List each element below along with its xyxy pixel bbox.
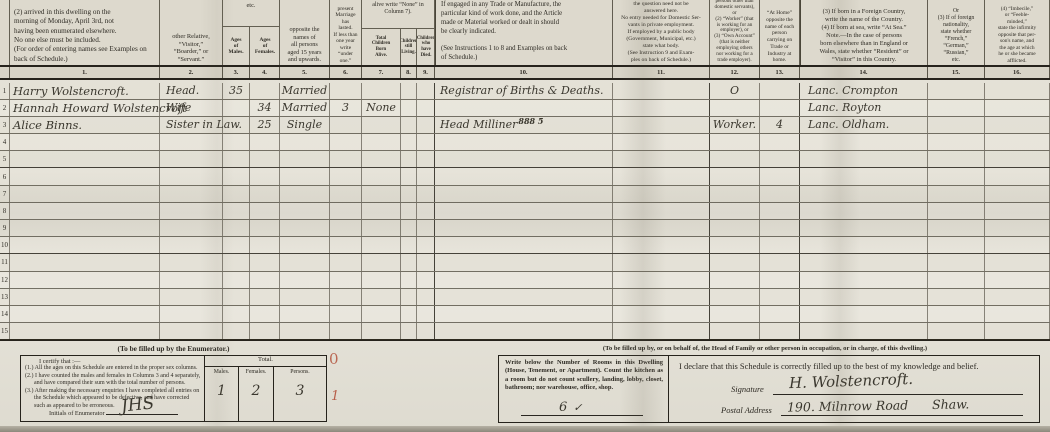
rooms-value-handwriting: 6✓	[559, 400, 583, 415]
cell-infirmity	[985, 100, 1050, 116]
cell-birthplace	[800, 220, 928, 236]
cell-marriage-condition	[280, 134, 330, 150]
cell-children-born	[362, 203, 401, 219]
row-number: 4	[0, 134, 10, 150]
cell-years-married	[330, 306, 362, 322]
cell-relationship: Head.	[160, 83, 223, 99]
cell-age-males	[223, 117, 250, 133]
cell-infirmity	[985, 289, 1050, 305]
census-schedule-document: (2) arrived in this dwelling on the morn…	[0, 0, 1050, 432]
header-col14-birthplace: (3) If born in a Foreign Country, write …	[800, 0, 928, 65]
cell-infirmity	[985, 323, 1050, 339]
cell-children-born	[362, 323, 401, 339]
cell-at-home	[760, 83, 800, 99]
certify-item-2: (2.) I have counted the males and female…	[25, 373, 201, 388]
cell-industry-service	[613, 117, 710, 133]
cell-years-married	[330, 83, 362, 99]
header-children-note: alive write “None” in Column 7).	[362, 0, 434, 29]
cell-employment-status	[710, 237, 760, 253]
cell-children-born	[362, 186, 401, 202]
cell-name-surname	[10, 272, 160, 288]
enumerator-initials-handwriting: JHS	[120, 393, 155, 416]
cell-children-born	[362, 168, 401, 184]
males-value-handwriting: 1	[205, 383, 238, 399]
cell-children-living	[401, 254, 417, 270]
cell-children-died	[417, 203, 435, 219]
table-row: 15	[0, 323, 1050, 340]
enumerator-certification: I certify that :— (1.) All the ages on t…	[21, 356, 204, 421]
colnum-10: 10.	[435, 67, 613, 78]
cell-relationship: Sister in Law.	[160, 117, 223, 133]
check-mark: ✓	[573, 401, 582, 414]
cell-name-surname	[10, 203, 160, 219]
cell-infirmity	[985, 237, 1050, 253]
cell-birthplace	[800, 168, 928, 184]
cell-relationship	[160, 203, 223, 219]
cell-name-surname: Alice Binns.	[10, 117, 160, 133]
cell-relationship	[160, 289, 223, 305]
cell-employment-status: Worker.	[710, 117, 760, 133]
row-number: 2	[0, 100, 10, 116]
cell-years-married	[330, 168, 362, 184]
rooms-rule	[521, 415, 643, 416]
cell-marriage-condition	[280, 168, 330, 184]
cell-years-married	[330, 289, 362, 305]
cell-marriage-condition: Married	[280, 83, 330, 99]
cell-children-living	[401, 117, 417, 133]
cell-marriage-condition	[280, 254, 330, 270]
cell-at-home	[760, 254, 800, 270]
cell-occupation	[435, 237, 613, 253]
cell-children-born	[362, 220, 401, 236]
cell-name-surname	[10, 306, 160, 322]
cell-age-females	[250, 220, 280, 236]
cell-age-females	[250, 237, 280, 253]
cell-occupation	[435, 151, 613, 167]
cell-industry-service	[613, 168, 710, 184]
cell-at-home	[760, 100, 800, 116]
table-row: 9	[0, 220, 1050, 237]
address-handwriting: 190. Milnrow Road Shaw.	[787, 396, 970, 414]
cell-children-living	[401, 220, 417, 236]
colnum-12: 12.	[710, 67, 760, 78]
totals-table: Total. Males. 1 Females. 2 Persons. 3	[204, 356, 326, 421]
table-row: 8	[0, 203, 1050, 220]
row-number: 12	[0, 272, 10, 288]
header-col3-ages-males: Ages of Males.	[223, 27, 250, 65]
certify-item-3: (3.) After making the necessary enquirie…	[25, 388, 201, 411]
cell-children-died	[417, 151, 435, 167]
cell-children-born	[362, 151, 401, 167]
table-row: 4	[0, 134, 1050, 151]
cell-marriage-condition	[280, 220, 330, 236]
cell-years-married	[330, 237, 362, 253]
header-children-group: alive write “None” in Column 7). Total C…	[362, 0, 435, 65]
cell-nationality	[928, 168, 985, 184]
cell-children-born	[362, 272, 401, 288]
cell-occupation	[435, 203, 613, 219]
cell-nationality	[928, 254, 985, 270]
cell-name-surname: Hannah Howard Wolstencroft	[10, 100, 160, 116]
cell-age-males	[223, 289, 250, 305]
cell-age-males	[223, 186, 250, 202]
header-col8-children-living: Children still Living.	[401, 29, 417, 65]
cell-name-surname	[10, 289, 160, 305]
row-number: 5	[0, 151, 10, 167]
cell-nationality	[928, 83, 985, 99]
declaration-area: I declare that this Schedule is correctl…	[669, 356, 1039, 422]
cell-industry-service	[613, 306, 710, 322]
cell-children-born	[362, 117, 401, 133]
header-col7-children-born: Total Children Born Alive.	[362, 29, 401, 65]
header-col13-at-home: “At Home” opposite the name of each pers…	[760, 0, 800, 65]
colnum-8: 8.	[401, 67, 417, 78]
occupation-text: Registrar of Births & Deaths.	[440, 84, 604, 97]
cell-birthplace	[800, 272, 928, 288]
table-row: 12	[0, 272, 1050, 289]
occupation-text: Head Milliner	[440, 118, 517, 131]
colnum-7: 7.	[362, 67, 401, 78]
table-header: (2) arrived in this dwelling on the morn…	[0, 0, 1050, 65]
cell-employment-status	[710, 151, 760, 167]
cell-age-males	[223, 306, 250, 322]
header-row-number-col	[0, 0, 10, 65]
totals-males-col: Males. 1	[205, 367, 239, 421]
cell-children-born	[362, 254, 401, 270]
cell-children-born	[362, 237, 401, 253]
colnum-3: 3.	[223, 67, 250, 78]
row-number: 13	[0, 289, 10, 305]
cell-relationship	[160, 220, 223, 236]
cell-name-surname	[10, 220, 160, 236]
header-ages-etc: etc.	[223, 0, 279, 27]
cell-relationship: Wife	[160, 100, 223, 116]
cell-birthplace	[800, 134, 928, 150]
cell-nationality	[928, 237, 985, 253]
cell-children-living	[401, 151, 417, 167]
cell-employment-status	[710, 289, 760, 305]
certify-intro: I certify that :—	[25, 358, 201, 365]
cell-employment-status	[710, 323, 760, 339]
colnum-4: 4.	[250, 67, 280, 78]
cell-birthplace	[800, 237, 928, 253]
colnum-5: 5.	[280, 67, 330, 78]
row-number: 3	[0, 117, 10, 133]
cell-age-females	[250, 203, 280, 219]
rooms-instruction: Write below the Number of Rooms in this …	[505, 359, 663, 393]
cell-age-females	[250, 272, 280, 288]
colnum-blank	[0, 67, 10, 78]
cell-nationality	[928, 117, 985, 133]
header-col11-industry-service: clearly shown in Col. 10 the question ne…	[613, 0, 710, 65]
cell-birthplace	[800, 203, 928, 219]
cell-relationship	[160, 168, 223, 184]
cell-at-home	[760, 220, 800, 236]
cell-children-died	[417, 254, 435, 270]
cell-children-died	[417, 272, 435, 288]
cell-nationality	[928, 220, 985, 236]
cell-infirmity	[985, 254, 1050, 270]
table-row: 7	[0, 186, 1050, 203]
table-row: 3 Alice Binns. Sister in Law. 25 Single …	[0, 117, 1050, 134]
colnum-13: 13.	[760, 67, 800, 78]
cell-nationality	[928, 151, 985, 167]
cell-children-died	[417, 306, 435, 322]
cell-age-males	[223, 237, 250, 253]
table-row: 11	[0, 254, 1050, 271]
cell-infirmity	[985, 83, 1050, 99]
header-col9-children-died: Children who have Died.	[417, 29, 435, 65]
colnum-9: 9.	[417, 67, 435, 78]
cell-children-living	[401, 306, 417, 322]
cell-at-home	[760, 168, 800, 184]
cell-age-females	[250, 151, 280, 167]
cell-industry-service	[613, 186, 710, 202]
colnum-15: 15.	[928, 67, 985, 78]
cell-marriage-condition	[280, 186, 330, 202]
row-number: 6	[0, 168, 10, 184]
cell-infirmity	[985, 151, 1050, 167]
cell-at-home	[760, 151, 800, 167]
cell-age-males	[223, 168, 250, 184]
initials-label: Initials of Enumerator	[49, 410, 178, 417]
cell-age-females	[250, 168, 280, 184]
cell-children-died	[417, 289, 435, 305]
table-row: 6	[0, 168, 1050, 185]
cell-age-males	[223, 220, 250, 236]
cell-age-females	[250, 289, 280, 305]
females-value-handwriting: 2	[239, 383, 273, 399]
signature-label: Signature	[731, 384, 764, 394]
cell-age-males	[223, 203, 250, 219]
row-number: 10	[0, 237, 10, 253]
cell-age-males	[223, 323, 250, 339]
cell-children-died	[417, 83, 435, 99]
cell-children-died	[417, 168, 435, 184]
cell-marriage-condition	[280, 323, 330, 339]
cell-years-married: 3	[330, 100, 362, 116]
cell-infirmity	[985, 306, 1050, 322]
cell-relationship	[160, 151, 223, 167]
persons-label: Persons.	[274, 367, 326, 375]
cell-industry-service	[613, 272, 710, 288]
colnum-14: 14.	[800, 67, 928, 78]
cell-nationality	[928, 306, 985, 322]
cell-children-died	[417, 323, 435, 339]
cell-industry-service	[613, 203, 710, 219]
paper-bottom-edge	[0, 426, 1050, 432]
cell-marriage-condition	[280, 237, 330, 253]
cell-birthplace: Lanc. Crompton	[800, 83, 928, 99]
cell-years-married	[330, 151, 362, 167]
cell-name-surname	[10, 134, 160, 150]
row-number: 7	[0, 186, 10, 202]
cell-nationality	[928, 203, 985, 219]
cell-birthplace	[800, 254, 928, 270]
table-row: 10	[0, 237, 1050, 254]
cell-years-married	[330, 134, 362, 150]
rooms-box: Write below the Number of Rooms in this …	[499, 356, 669, 422]
cell-occupation	[435, 168, 613, 184]
table-body: 1 Harry Wolstencroft. Head. 35 Married R…	[0, 83, 1050, 341]
header-col10-occupation: If engaged in any Trade or Manufacture, …	[435, 0, 613, 65]
cell-children-died	[417, 134, 435, 150]
cell-relationship	[160, 237, 223, 253]
row-number: 9	[0, 220, 10, 236]
totals-females-col: Females. 2	[239, 367, 274, 421]
cell-nationality	[928, 272, 985, 288]
totals-header: Total.	[205, 356, 326, 367]
cell-at-home	[760, 186, 800, 202]
cell-at-home	[760, 203, 800, 219]
enumerator-box: I certify that :— (1.) All the ages on t…	[20, 355, 327, 422]
cell-age-females	[250, 254, 280, 270]
row-number: 8	[0, 203, 10, 219]
cell-years-married	[330, 272, 362, 288]
cell-infirmity	[985, 168, 1050, 184]
cell-children-living	[401, 289, 417, 305]
cell-age-males	[223, 254, 250, 270]
cell-age-females	[250, 134, 280, 150]
colnum-16: 16.	[985, 67, 1050, 78]
cell-at-home: 4	[760, 117, 800, 133]
signature-rule	[773, 394, 1023, 395]
cell-children-died	[417, 117, 435, 133]
clerk-red-zero-mark: 0	[329, 350, 339, 368]
cell-industry-service	[613, 83, 710, 99]
header-col2-relationship: other Relative, “Visitor,” “Boarder,” or…	[160, 0, 223, 65]
cell-name-surname: Harry Wolstencroft.	[10, 83, 160, 99]
colnum-2: 2.	[160, 67, 223, 78]
cell-relationship	[160, 323, 223, 339]
cell-age-males: 35	[223, 83, 250, 99]
colnum-1: 1.	[10, 67, 160, 78]
cell-employment-status	[710, 254, 760, 270]
cell-employment-status	[710, 272, 760, 288]
cell-at-home	[760, 272, 800, 288]
row-number: 11	[0, 254, 10, 270]
cell-age-females	[250, 186, 280, 202]
cell-employment-status	[710, 186, 760, 202]
cell-years-married	[330, 203, 362, 219]
cell-age-females	[250, 306, 280, 322]
colnum-6: 6.	[330, 67, 362, 78]
cell-children-living	[401, 168, 417, 184]
cell-children-living	[401, 100, 417, 116]
cell-age-males	[223, 272, 250, 288]
cell-occupation	[435, 100, 613, 116]
cell-occupation: Head Milliner888 5	[435, 117, 613, 133]
cell-children-died	[417, 186, 435, 202]
declaration-text: I declare that this Schedule is correctl…	[679, 361, 1031, 371]
cell-nationality	[928, 100, 985, 116]
cell-birthplace	[800, 306, 928, 322]
cell-employment-status	[710, 100, 760, 116]
cell-name-surname	[10, 323, 160, 339]
cell-employment-status	[710, 134, 760, 150]
header-col1-name-instructions: (2) arrived in this dwelling on the morn…	[10, 0, 160, 65]
cell-years-married	[330, 254, 362, 270]
cell-at-home	[760, 289, 800, 305]
enumerator-section-title: (To be filled up by the Enumerator.)	[20, 344, 327, 353]
cell-at-home	[760, 237, 800, 253]
females-label: Females.	[239, 367, 273, 375]
cell-employment-status	[710, 220, 760, 236]
cell-marriage-condition	[280, 289, 330, 305]
cell-name-surname	[10, 186, 160, 202]
cell-marriage-condition	[280, 151, 330, 167]
cell-children-living	[401, 186, 417, 202]
header-col15-nationality: Or (3) If of foreign nationality, state …	[928, 0, 985, 65]
cell-children-born	[362, 83, 401, 99]
cell-children-living	[401, 134, 417, 150]
cell-occupation: Registrar of Births & Deaths.	[435, 83, 613, 99]
column-number-row: 1. 2. 3. 4. 5. 6. 7. 8. 9. 10. 11. 12. 1…	[0, 65, 1050, 80]
cell-occupation	[435, 220, 613, 236]
cell-age-males	[223, 100, 250, 116]
cell-birthplace	[800, 323, 928, 339]
cell-birthplace: Lanc. Oldham.	[800, 117, 928, 133]
row-number: 15	[0, 323, 10, 339]
cell-occupation	[435, 186, 613, 202]
cell-children-living	[401, 272, 417, 288]
occupation-clerk-code: 888 5	[518, 116, 543, 126]
cell-industry-service	[613, 289, 710, 305]
cell-nationality	[928, 289, 985, 305]
cell-children-living	[401, 203, 417, 219]
header-col16-infirmity: (4) “Imbecile,” or “Feeble- minded,” sta…	[985, 0, 1050, 65]
cell-marriage-condition	[280, 203, 330, 219]
cell-children-died	[417, 237, 435, 253]
cell-birthplace	[800, 289, 928, 305]
cell-age-females	[250, 323, 280, 339]
cell-nationality	[928, 186, 985, 202]
table-row: 1 Harry Wolstencroft. Head. 35 Married R…	[0, 83, 1050, 100]
cell-age-females: 25	[250, 117, 280, 133]
certify-item-1: (1.) All the ages on this Schedule are e…	[25, 365, 201, 373]
cell-name-surname	[10, 151, 160, 167]
header-col6-marriage-years: present Marriage has lasted. If less tha…	[330, 0, 362, 65]
cell-industry-service	[613, 151, 710, 167]
postal-address-label: Postal Address	[721, 405, 772, 415]
cell-marriage-condition	[280, 272, 330, 288]
cell-children-died	[417, 220, 435, 236]
cell-years-married	[330, 186, 362, 202]
cell-industry-service	[613, 100, 710, 116]
cell-years-married	[330, 220, 362, 236]
cell-occupation	[435, 254, 613, 270]
cell-infirmity	[985, 186, 1050, 202]
signature-handwriting: H. Wolstencroft.	[789, 370, 914, 392]
cell-marriage-condition: Single	[280, 117, 330, 133]
cell-industry-service	[613, 323, 710, 339]
head-declaration-title: (To be filled up by, or on behalf of, th…	[488, 345, 1042, 352]
totals-persons-col: Persons. 3	[274, 367, 326, 421]
cell-name-surname	[10, 237, 160, 253]
cell-children-born	[362, 134, 401, 150]
cell-children-died	[417, 100, 435, 116]
cell-name-surname	[10, 168, 160, 184]
cell-occupation	[435, 134, 613, 150]
cell-infirmity	[985, 134, 1050, 150]
cell-industry-service	[613, 237, 710, 253]
cell-industry-service	[613, 254, 710, 270]
cell-relationship	[160, 134, 223, 150]
table-row: 13	[0, 289, 1050, 306]
cell-children-born: None	[362, 100, 401, 116]
persons-value-handwriting: 3	[274, 383, 326, 399]
cell-employment-status	[710, 203, 760, 219]
